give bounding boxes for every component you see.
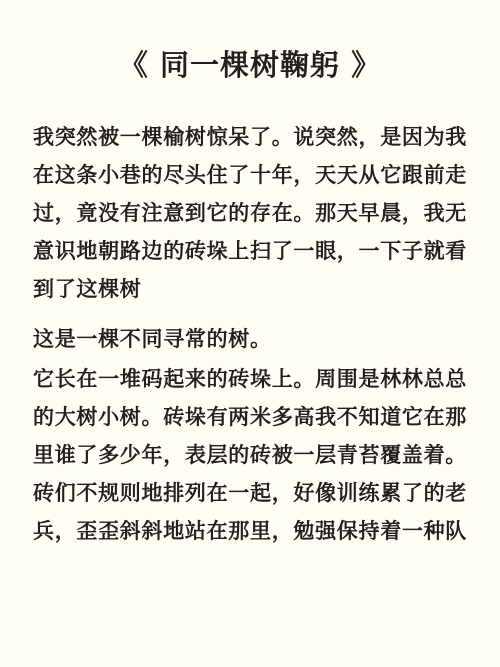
- page-title: 《 同一棵树鞠躬 》: [33, 0, 467, 82]
- paragraph-2: 这是一棵不同寻常的树。: [33, 320, 467, 358]
- document-page: 《 同一棵树鞠躬 》 我突然被一棵榆树惊呆了。说突然，是因为我在这条小巷的尽头住…: [0, 0, 500, 667]
- paragraph-3: 它长在一堆码起来的砖垛上。周围是林林总总的大树小树。砖垛有两米多高我不知道它在那…: [33, 360, 467, 550]
- article-body: 我突然被一棵榆树惊呆了。说突然，是因为我在这条小巷的尽头住了十年，天天从它跟前走…: [33, 118, 467, 550]
- paragraph-1: 我突然被一棵榆树惊呆了。说突然，是因为我在这条小巷的尽头住了十年，天天从它跟前走…: [33, 118, 467, 308]
